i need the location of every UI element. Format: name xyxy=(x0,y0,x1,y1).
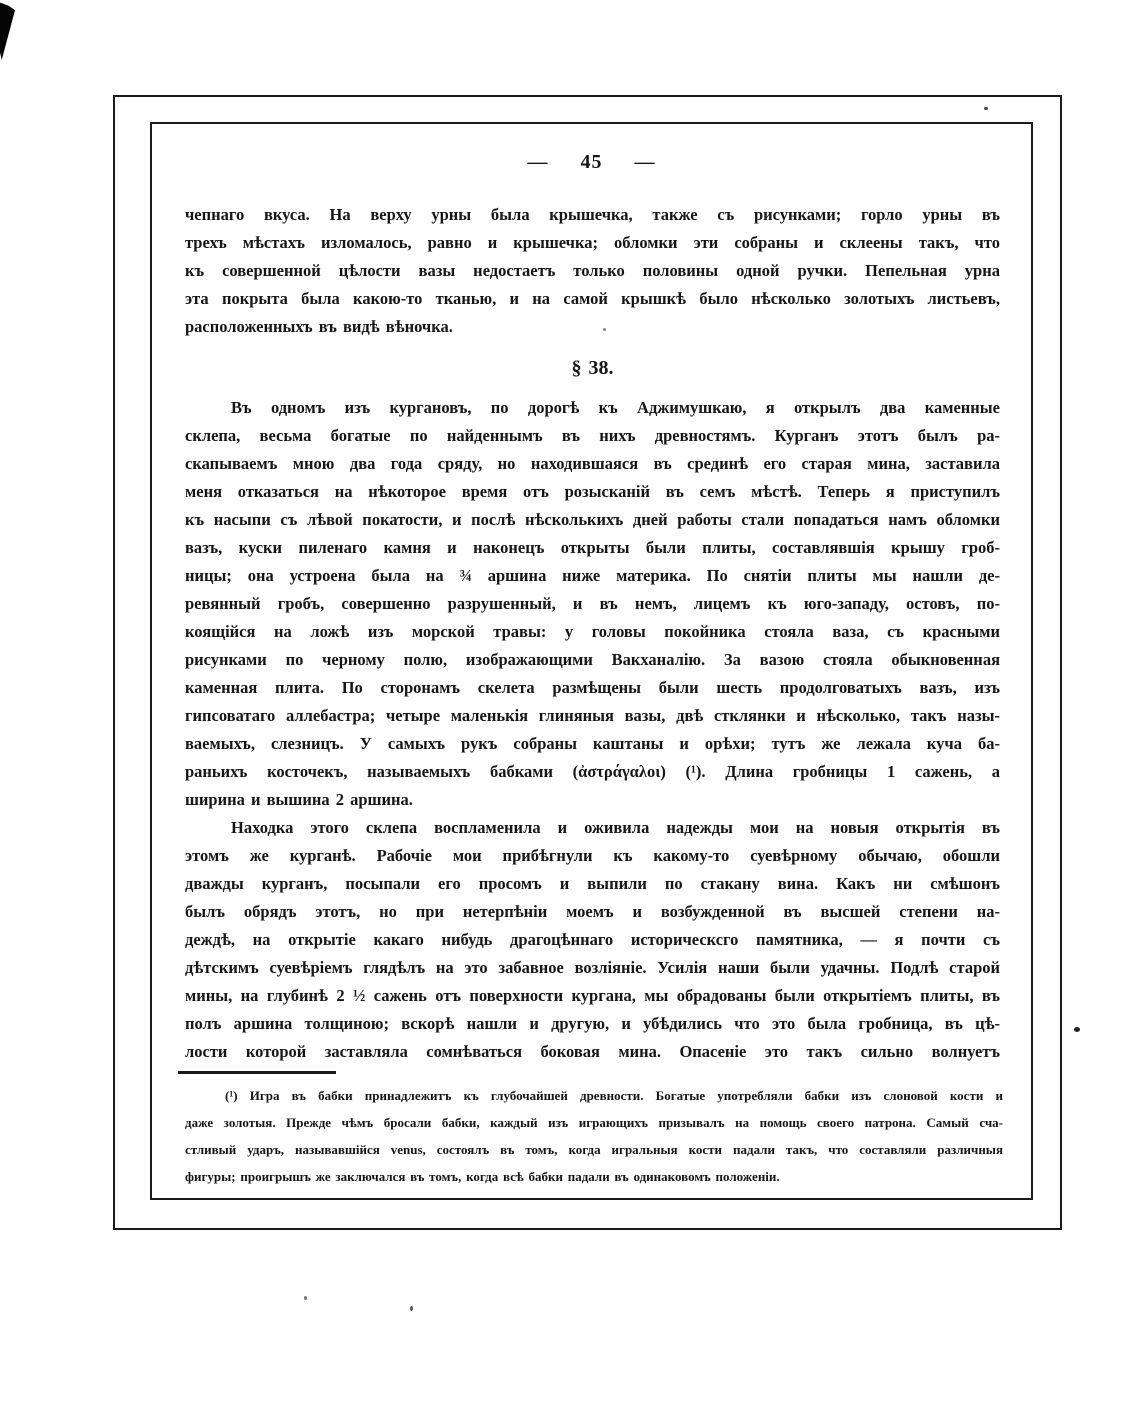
paragraph: Находка этого склепа воспламенила и ожив… xyxy=(185,814,1000,1066)
text-line: этомъ же курганѣ. Рабочіе мои прибѣгнули… xyxy=(185,842,1000,870)
text-line: ваемыхъ, слезницъ. У самыхъ рукъ собраны… xyxy=(185,730,1000,758)
paragraph: Въ одномъ изъ кургановъ, по дорогѣ къ Ад… xyxy=(185,394,1000,814)
text-line: мины, на глубинѣ 2 ½ сажень отъ поверхно… xyxy=(185,982,1000,1010)
text-line: трехъ мѣстахъ изломалось, равно и крышеч… xyxy=(185,229,1000,257)
scan-speck xyxy=(410,1306,413,1311)
text-line: полъ аршина толщиною; вскорѣ нашли и дру… xyxy=(185,1010,1000,1038)
text-line: склепа, весьма богатые по найденнымъ въ … xyxy=(185,422,1000,450)
footnote-separator-rule xyxy=(178,1071,336,1074)
text-line: даже золотыя. Прежде чѣмъ бросали бабки,… xyxy=(185,1109,1003,1136)
text-line: расположенныхъ въ видѣ вѣночка. xyxy=(185,313,1000,341)
text-line: лости которой заставляла сомнѣваться бок… xyxy=(185,1038,1000,1066)
text-line: каменная плита. По сторонамъ скелета раз… xyxy=(185,674,1000,702)
scanned-book-page: { "colors": { "ink": "#161616", "paper":… xyxy=(0,0,1140,1423)
section-heading: § 38. xyxy=(185,354,1000,382)
text-line: коящійся на ложѣ изъ морской травы: у го… xyxy=(185,618,1000,646)
text-line: вазъ, куски пиленаго камня и наконецъ от… xyxy=(185,534,1000,562)
text-line: меня отказаться на нѣкоторое время отъ р… xyxy=(185,478,1000,506)
text-line: деждѣ, на открытіе какаго нибудь драгоцѣ… xyxy=(185,926,1000,954)
scan-speck xyxy=(1074,1027,1080,1032)
text-line: стливый ударъ, называвшійся venus, состо… xyxy=(185,1136,1003,1163)
text-line: раньихъ косточекъ, называемыхъ бабками (… xyxy=(185,758,1000,786)
text-line: эта покрыта была какою-то тканью, и на с… xyxy=(185,285,1000,313)
page-number: — 45 — xyxy=(150,148,1033,176)
text-line: чепнаго вкуса. На верху урны была крышеч… xyxy=(185,201,1000,229)
text-line: дѣтскимъ суевѣріемъ глядѣлъ на это забав… xyxy=(185,954,1000,982)
text-line: ницы; она устроена была на ¾ аршина ниже… xyxy=(185,562,1000,590)
text-line: къ совершенной цѣлости вазы недостаетъ т… xyxy=(185,257,1000,285)
text-line: скапываемъ мною два года сряду, но наход… xyxy=(185,450,1000,478)
body-text-block: чепнаго вкуса. На верху урны была крышеч… xyxy=(185,201,1000,1066)
text-line: дважды курганъ, посыпали его просомъ и в… xyxy=(185,870,1000,898)
paragraph: чепнаго вкуса. На верху урны была крышеч… xyxy=(185,201,1000,341)
text-line: къ насыпи съ лѣвой покатости, и послѣ нѣ… xyxy=(185,506,1000,534)
text-line: (¹) Игра въ бабки принадлежитъ къ глубоч… xyxy=(185,1082,1003,1109)
text-line: Въ одномъ изъ кургановъ, по дорогѣ къ Ад… xyxy=(185,394,1000,422)
text-line: фигуры; проигрышъ же заключался въ томъ,… xyxy=(185,1163,1003,1190)
text-line: рисунками по черному полю, изображающими… xyxy=(185,646,1000,674)
text-line: ревянный гробъ, совершенно разрушенный, … xyxy=(185,590,1000,618)
footnote-block: (¹) Игра въ бабки принадлежитъ къ глубоч… xyxy=(185,1082,1003,1190)
text-line: Находка этого склепа воспламенила и ожив… xyxy=(185,814,1000,842)
text-line: былъ обрядъ этотъ, но при нетерпѣніи мое… xyxy=(185,898,1000,926)
text-line: гипсоватаго аллебастра; четыре маленькія… xyxy=(185,702,1000,730)
scan-speck xyxy=(304,1296,307,1300)
text-line: ширина и вышина 2 аршина. xyxy=(185,786,1000,814)
ink-smudge-artifact xyxy=(0,2,15,60)
